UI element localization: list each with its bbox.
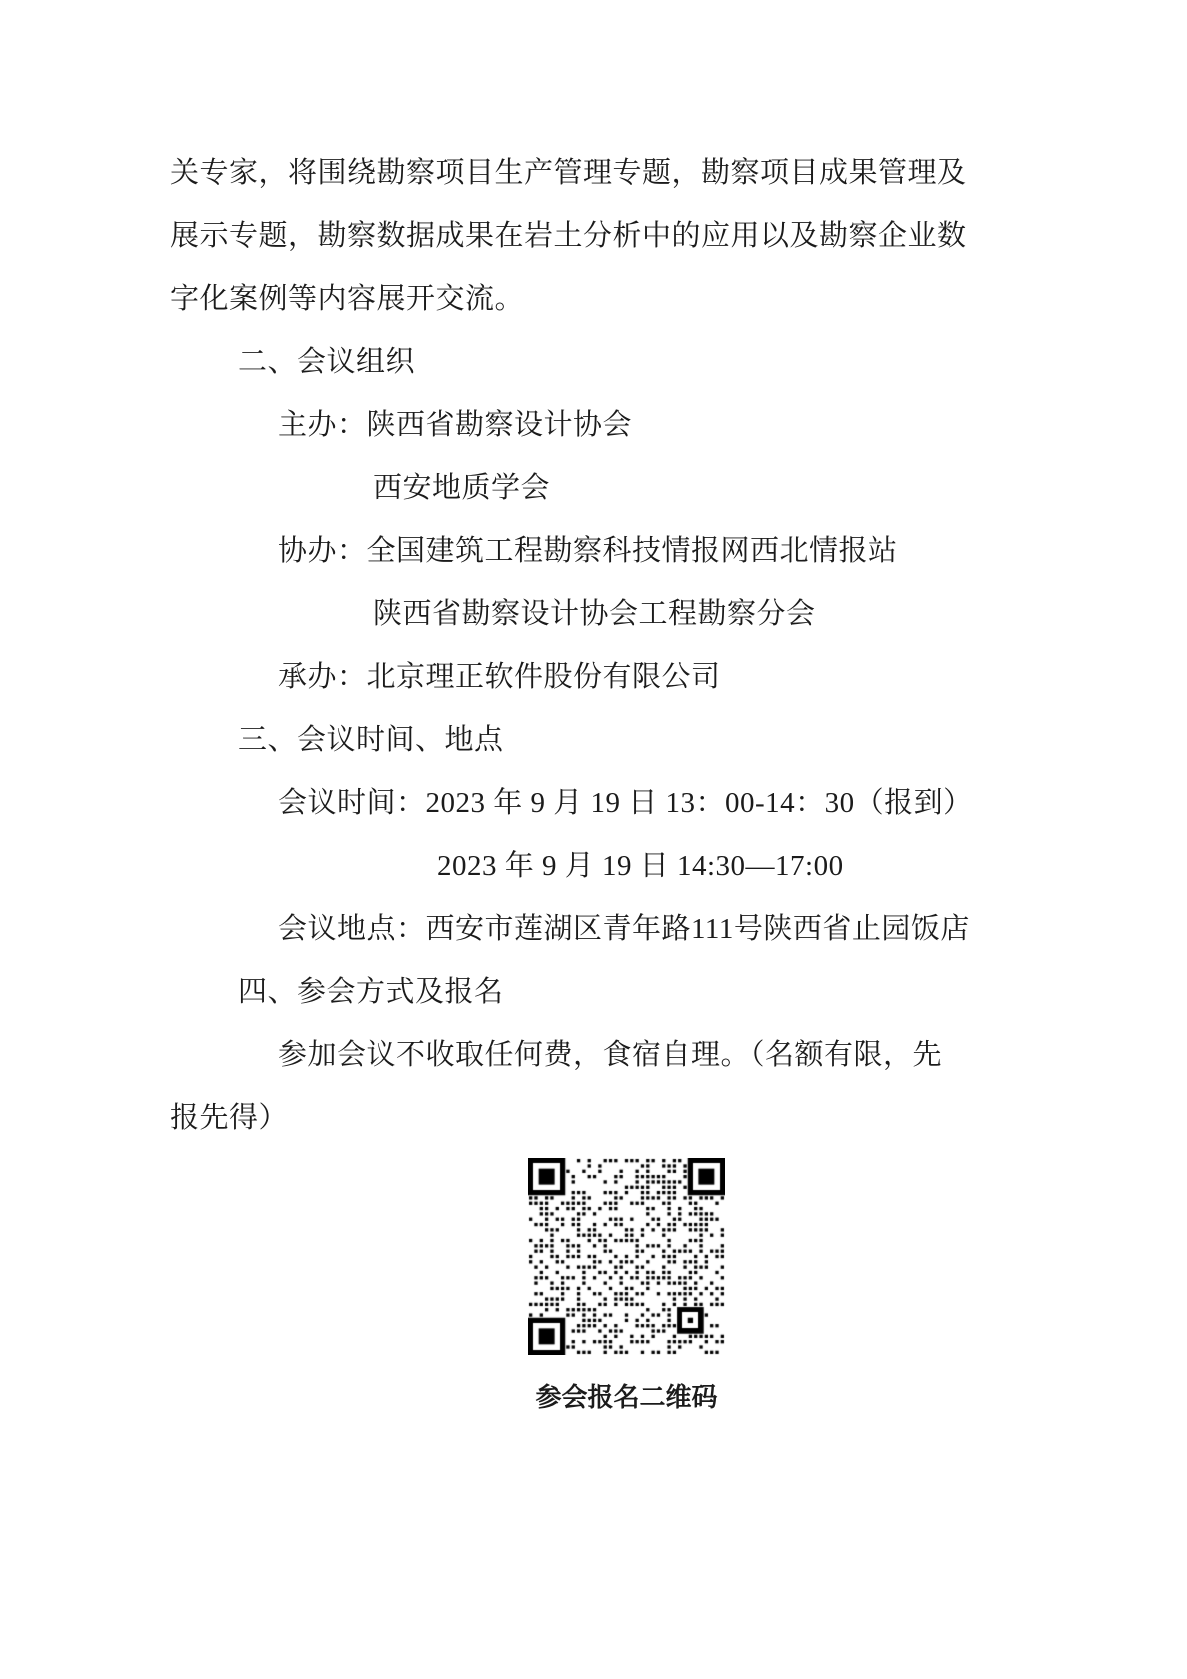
qr-code-image — [528, 1158, 725, 1355]
doc-line-text: 二、会议组织 — [238, 346, 415, 378]
doc-line: 关专家，将围绕勘察项目生产管理专题，勘察项目成果管理及 — [170, 142, 1020, 205]
doc-line-text: 2023 年 9 月 19 日 14:30—17:00 — [437, 850, 844, 882]
doc-line-text: 承办：北京理正软件股份有限公司 — [278, 661, 721, 693]
qr-caption: 参会报名二维码 — [528, 1381, 725, 1415]
doc-line: 会议地点：西安市莲湖区青年路111号陕西省止园饭店 — [170, 898, 1020, 961]
doc-line: 承办：北京理正软件股份有限公司 — [170, 646, 1020, 709]
doc-line: 主办：陕西省勘察设计协会 — [170, 394, 1020, 457]
doc-line: 参加会议不收取任何费，食宿自理。（名额有限，先 — [170, 1024, 1020, 1087]
document-text: 关专家，将围绕勘察项目生产管理专题，勘察项目成果管理及 展示专题，勘察数据成果在… — [170, 142, 1020, 1150]
doc-line: 2023 年 9 月 19 日 14:30—17:00 — [170, 835, 1020, 898]
doc-line: 二、会议组织 — [170, 331, 1020, 394]
doc-line-text: 展示专题，勘察数据成果在岩土分析中的应用以及勘察企业数 — [170, 220, 967, 252]
doc-line-text: 西安地质学会 — [373, 472, 550, 504]
doc-line-text: 四、参会方式及报名 — [238, 976, 504, 1008]
doc-line-text: 三、会议时间、地点 — [238, 724, 504, 756]
doc-line-text: 陕西省勘察设计协会工程勘察分会 — [373, 598, 816, 630]
doc-line: 三、会议时间、地点 — [170, 709, 1020, 772]
doc-line-text: 参加会议不收取任何费，食宿自理。（名额有限，先 — [278, 1039, 942, 1071]
doc-line: 会议时间：2023 年 9 月 19 日 13：00-14：30（报到） — [170, 772, 1020, 835]
doc-line: 西安地质学会 — [170, 457, 1020, 520]
doc-line: 字化案例等内容展开交流。 — [170, 268, 1020, 331]
doc-line-text: 协办：全国建筑工程勘察科技情报网西北情报站 — [278, 535, 898, 567]
doc-line: 展示专题，勘察数据成果在岩土分析中的应用以及勘察企业数 — [170, 205, 1020, 268]
doc-line-text: 报先得） — [170, 1102, 288, 1134]
doc-line: 协办：全国建筑工程勘察科技情报网西北情报站 — [170, 520, 1020, 583]
doc-line-text: 会议时间：2023 年 9 月 19 日 13：00-14：30（报到） — [278, 787, 973, 819]
doc-line: 四、参会方式及报名 — [170, 961, 1020, 1024]
doc-line: 陕西省勘察设计协会工程勘察分会 — [170, 583, 1020, 646]
doc-line-text: 主办：陕西省勘察设计协会 — [278, 409, 632, 441]
doc-line-text: 会议地点：西安市莲湖区青年路111号陕西省止园饭店 — [278, 913, 970, 945]
qr-section: 参会报名二维码 — [528, 1158, 725, 1415]
document-page: 关专家，将围绕勘察项目生产管理专题，勘察项目成果管理及 展示专题，勘察数据成果在… — [0, 0, 1187, 1679]
doc-line-text: 关专家，将围绕勘察项目生产管理专题，勘察项目成果管理及 — [170, 157, 967, 189]
doc-line: 报先得） — [170, 1087, 1020, 1150]
doc-line-text: 字化案例等内容展开交流。 — [170, 283, 524, 315]
